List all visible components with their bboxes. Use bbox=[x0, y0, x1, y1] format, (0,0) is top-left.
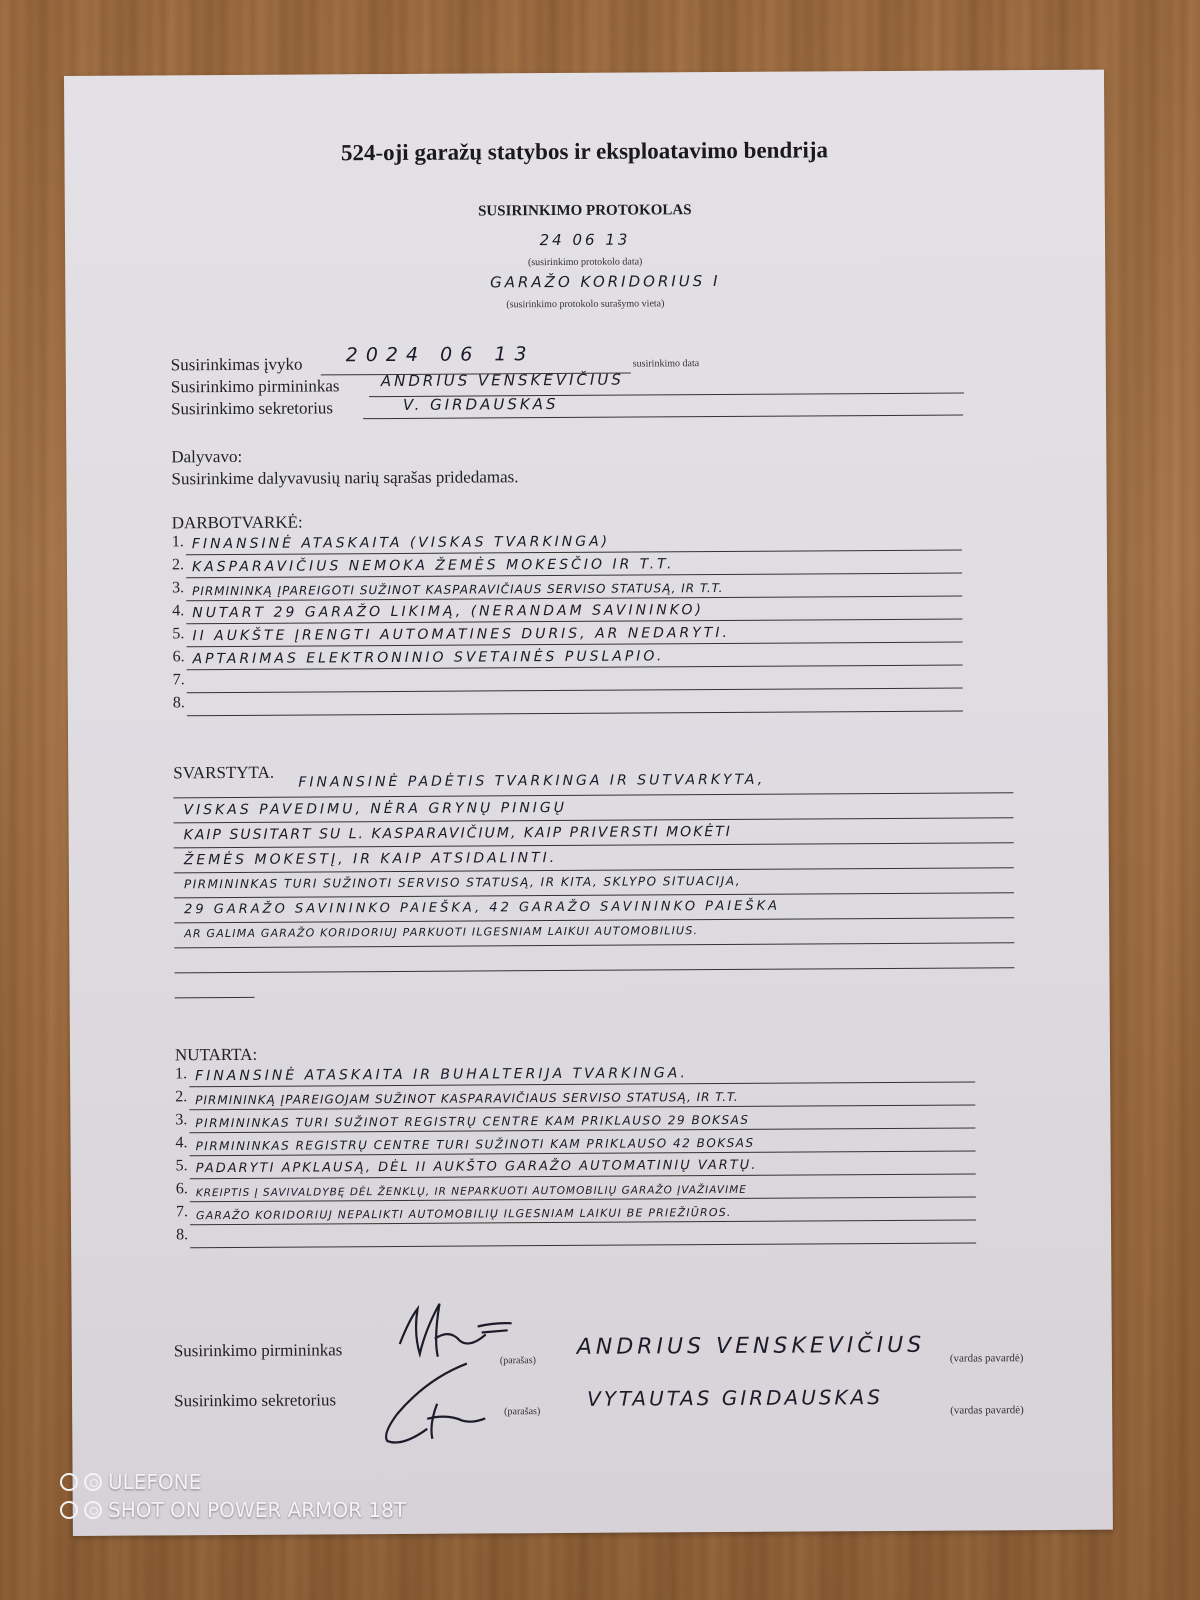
document-title: 524-oji garažų statybos ir eksploatavimo… bbox=[64, 136, 1104, 168]
decided-item: 8. bbox=[176, 1221, 976, 1248]
considered-text: žemės mokestį, ir kaip atsidalinti. bbox=[184, 850, 557, 868]
decided-item-text: Finansinė ataskaita ir buhalterija tvark… bbox=[195, 1065, 688, 1084]
decided-item-number: 4. bbox=[175, 1134, 187, 1152]
sign-secretary-name: Vytautas Girdauskas bbox=[587, 1385, 883, 1411]
agenda-item-text: Finansinė ataskaita (viskas tvarkinga) bbox=[192, 534, 610, 553]
decided-item-text: Padaryti apklausą, dėl II aukšto garažo … bbox=[196, 1158, 758, 1176]
participants-text: Susirinkime dalyvavusių narių sąrašas pr… bbox=[171, 467, 518, 489]
considered-text: Pirmininkas turi sužinoti serviso status… bbox=[184, 874, 741, 891]
watermark-device-text: SHOT ON POWER ARMOR 18T bbox=[108, 1498, 406, 1522]
chair-label: Susirinkimo pirmininkas bbox=[171, 376, 340, 397]
decided-item-text: Pirmininką įpareigojam sužinot Kasparavi… bbox=[195, 1090, 739, 1107]
considered-line bbox=[173, 792, 1013, 798]
agenda-item-text: Aptarimas elektroninio svetainės puslapi… bbox=[193, 648, 665, 667]
watermark-brand: ULEFONE bbox=[60, 1470, 201, 1494]
camera-ring-icon bbox=[60, 1501, 78, 1519]
agenda-item-number: 1. bbox=[172, 533, 184, 551]
agenda-item-number: 8. bbox=[173, 694, 185, 712]
secretary-label: Susirinkimo sekretorius bbox=[171, 398, 333, 419]
agenda-item-number: 3. bbox=[172, 579, 184, 597]
secretary-signature-icon bbox=[357, 1358, 498, 1449]
agenda-item-number: 4. bbox=[172, 602, 184, 620]
considered-line bbox=[174, 892, 1014, 898]
agenda-item-number: 6. bbox=[172, 648, 184, 666]
lens-icon bbox=[84, 1501, 102, 1519]
chair-name-caption: (vardas pavardė) bbox=[950, 1352, 1024, 1364]
agenda-item-text: Nutart 29 garažo likimą, (nerandam savin… bbox=[192, 602, 704, 621]
considered-text: Kaip susitart su L. Kasparavičium, kaip … bbox=[184, 824, 732, 843]
decided-item-number: 8. bbox=[176, 1226, 188, 1244]
considered-line bbox=[174, 817, 1014, 823]
held-label: Susirinkimas įvyko bbox=[171, 355, 303, 376]
agenda-item-number: 7. bbox=[173, 671, 185, 689]
considered-line bbox=[174, 867, 1014, 873]
decided-item-number: 1. bbox=[175, 1065, 187, 1083]
agenda-item-number: 2. bbox=[172, 556, 184, 574]
decided-item-number: 3. bbox=[175, 1111, 187, 1129]
document-subtitle: SUSIRINKIMO PROTOKOLAS bbox=[65, 200, 1105, 223]
protocol-date-value: 24 06 13 bbox=[65, 228, 1105, 252]
decided-label: NUTARTA: bbox=[175, 1045, 257, 1066]
decided-item-number: 2. bbox=[175, 1088, 187, 1106]
considered-text: Ar galima garažo koridoriuj parkuoti ilg… bbox=[184, 924, 698, 940]
considered-text: viskas pavedimu, nėra grynų pinigų bbox=[183, 800, 567, 818]
agenda-item-number: 5. bbox=[172, 625, 184, 643]
protocol-place-value: Garažo koridorius I bbox=[65, 269, 1145, 294]
sign-chair-label: Susirinkimo pirmininkas bbox=[174, 1340, 343, 1361]
meeting-info: Susirinkimas įvyko 2024 06 13 susirinkim… bbox=[171, 350, 1011, 435]
considered-line bbox=[174, 942, 1014, 948]
secretary-name-caption: (vardas pavardė) bbox=[950, 1404, 1024, 1416]
considered-line bbox=[174, 842, 1014, 848]
agenda-item-text: Kasparavičius nemoka žemės mokesčio ir t… bbox=[192, 556, 675, 575]
decided-item-number: 7. bbox=[176, 1203, 188, 1221]
held-value: 2024 06 13 bbox=[346, 343, 535, 366]
considered-text: Finansinė padėtis tvarkinga ir sutvarkyt… bbox=[298, 772, 765, 791]
considered-line bbox=[174, 967, 1014, 973]
chair-signature-caption: (parašas) bbox=[500, 1355, 536, 1366]
protocol-date-caption: (susirinkimo protokolo data) bbox=[65, 254, 1105, 271]
lens-icon bbox=[84, 1473, 102, 1491]
chair-value: Andrius Venskevičius bbox=[381, 371, 624, 390]
agenda-item: 8. bbox=[173, 690, 963, 717]
agenda-label: DARBOTVARKĖ: bbox=[172, 513, 303, 534]
secretary-line bbox=[363, 415, 963, 420]
agenda-item-text: II aukšte įrengti automatines duris, ar … bbox=[192, 625, 730, 644]
decided-item-number: 6. bbox=[176, 1180, 188, 1198]
considered-line bbox=[175, 997, 255, 998]
watermark-brand-text: ULEFONE bbox=[108, 1470, 201, 1494]
sign-secretary-label: Susirinkimo sekretorius bbox=[174, 1390, 336, 1411]
secretary-value: V. Girdauskas bbox=[403, 395, 559, 414]
agenda-item-text: Pirmininką įpareigoti sužinot Kasparavič… bbox=[192, 581, 723, 598]
held-caption: susirinkimo data bbox=[633, 358, 699, 369]
secretary-signature-caption: (parašas) bbox=[504, 1406, 540, 1417]
sign-chair-name: Andrius Venskevičius bbox=[577, 1333, 926, 1360]
protocol-place-caption: (susirinkimo protokolo surašymo vieta) bbox=[65, 296, 1105, 313]
considered-label: SVARSTYTA. bbox=[173, 763, 274, 784]
decided-item-text: Pirmininkas turi sužinot registrų centre… bbox=[195, 1113, 749, 1130]
camera-ring-icon bbox=[60, 1473, 78, 1491]
considered-text: 29 garažo savininko paieška, 42 garažo s… bbox=[184, 899, 780, 918]
document-page: 524-oji garažų statybos ir eksploatavimo… bbox=[64, 70, 1113, 1536]
decided-item-text: Garažo koridoriuj nepalikti automobilių … bbox=[196, 1206, 732, 1222]
participants-label: Dalyvavo: bbox=[171, 447, 242, 467]
decided-item-text: Pirmininkas registrų centre turi sužinot… bbox=[195, 1136, 754, 1153]
watermark-device: SHOT ON POWER ARMOR 18T bbox=[60, 1498, 406, 1522]
decided-item-number: 5. bbox=[176, 1157, 188, 1175]
decided-item-text: Kreiptis į savivaldybę dėl ženklų, ir ne… bbox=[196, 1184, 747, 1199]
considered-line bbox=[174, 917, 1014, 923]
